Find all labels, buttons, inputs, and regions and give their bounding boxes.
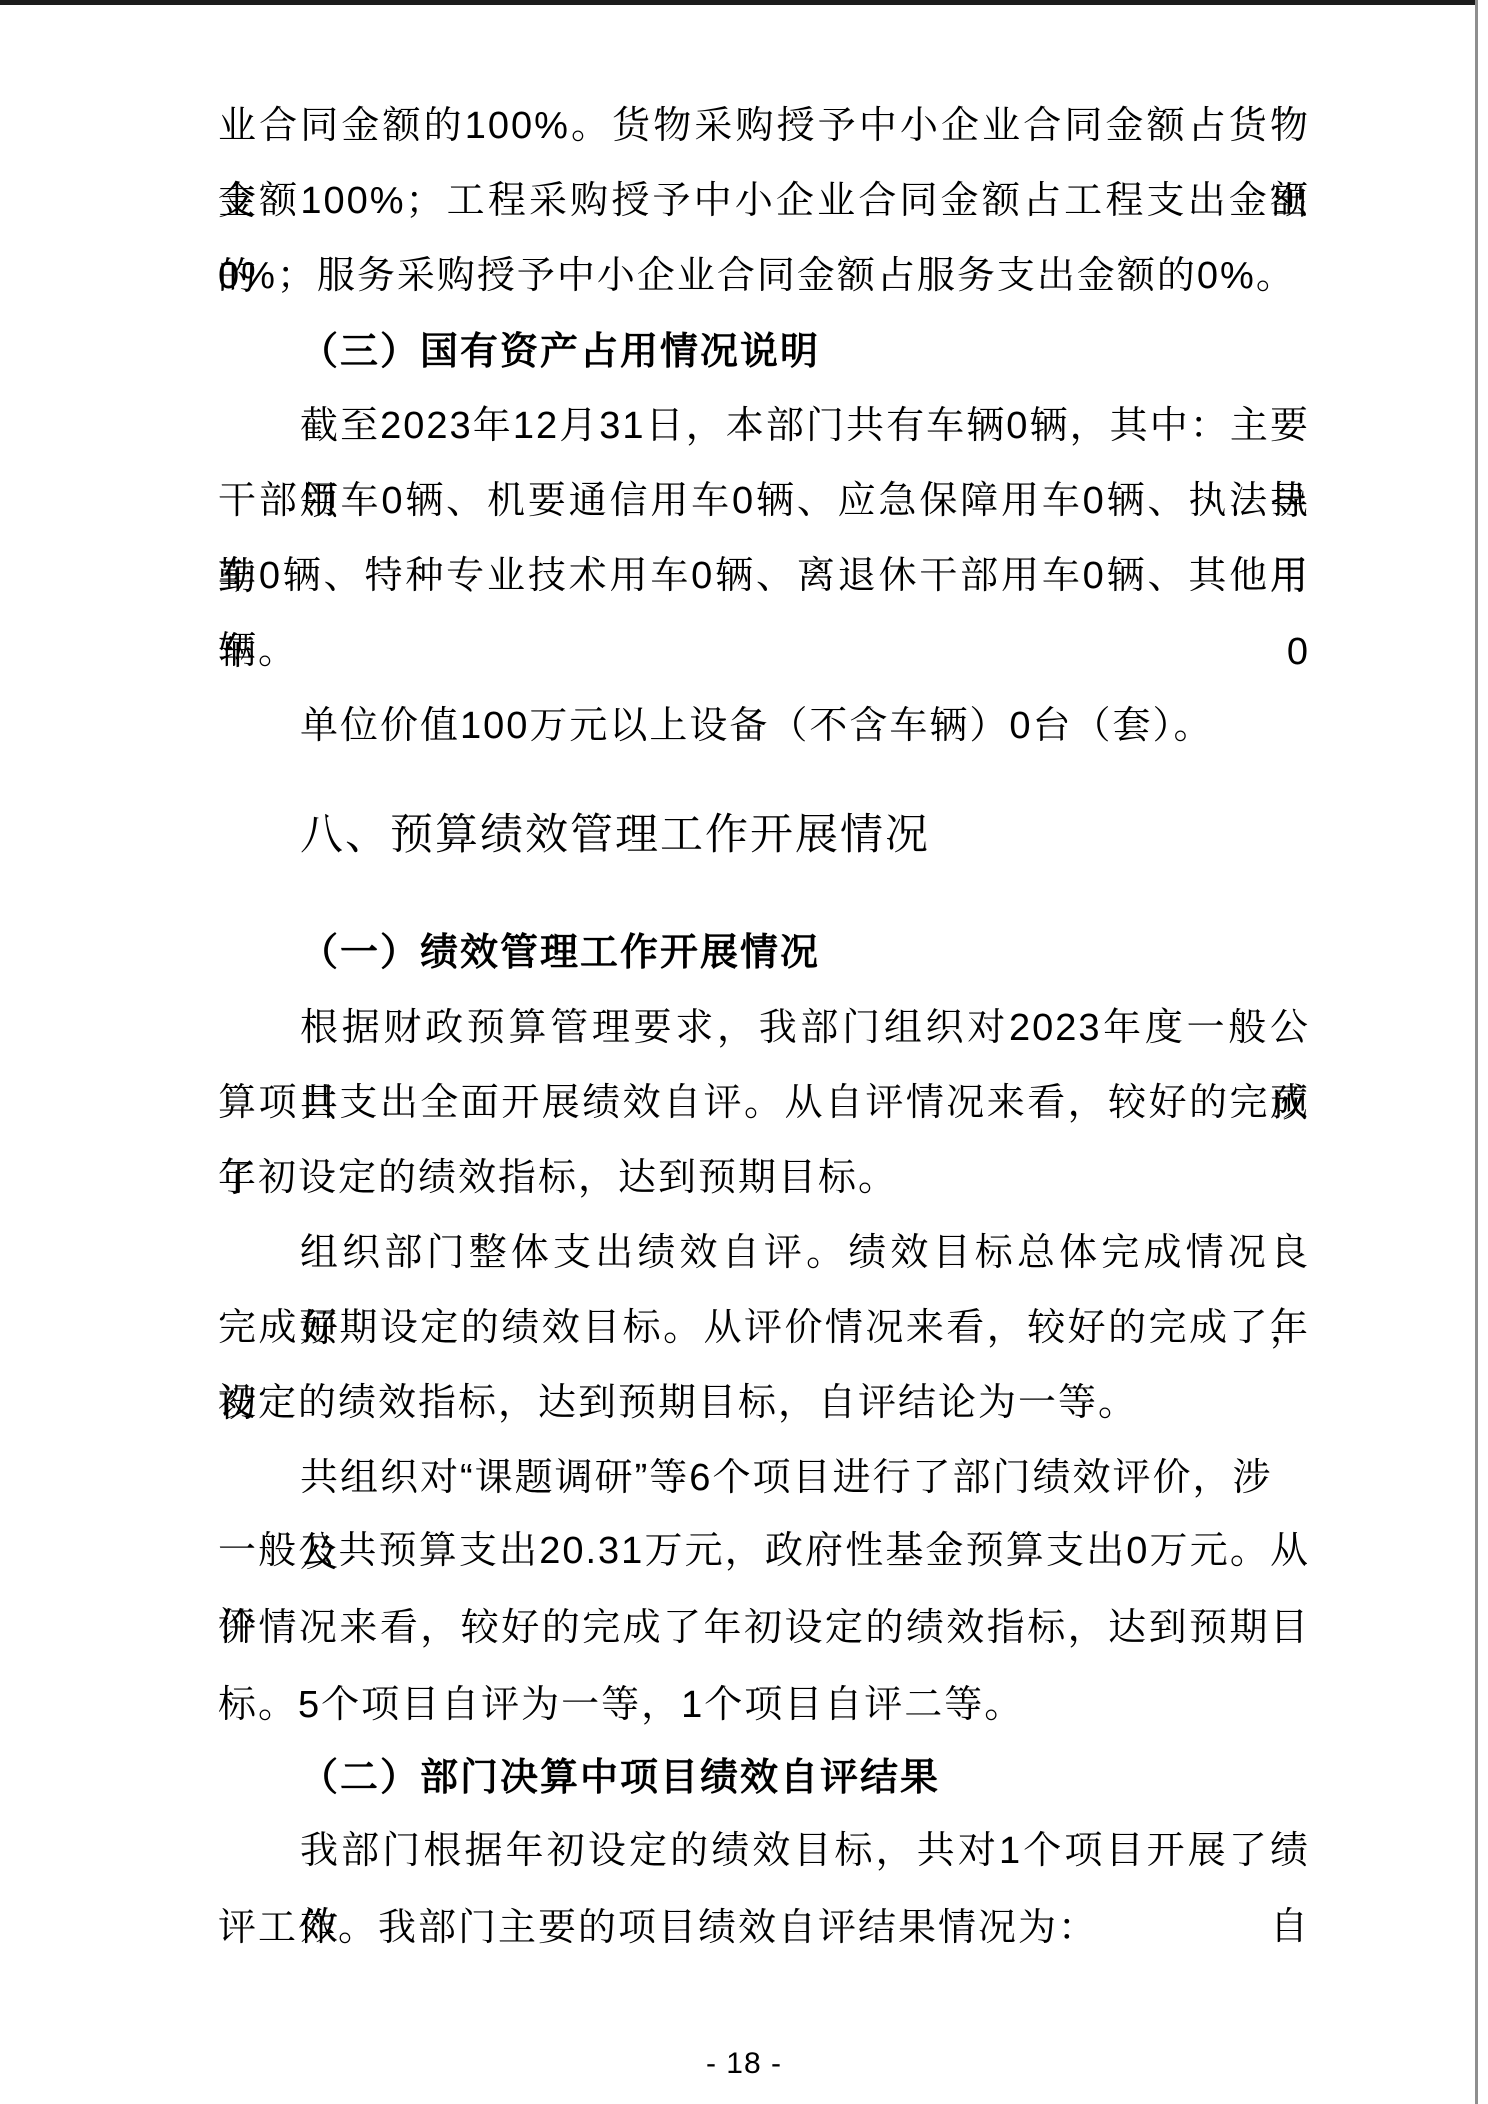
- section-heading: 八、预算绩效管理工作开展情况: [218, 794, 1310, 876]
- text-line: 金额100%；工程采购授予中小企业合同金额占工程支出金额的: [218, 163, 1310, 239]
- subsection-heading: （一）绩效管理工作开展情况: [218, 915, 1310, 991]
- right-border-line: [1475, 0, 1478, 2104]
- top-border-bar: [0, 0, 1477, 5]
- subsection-heading: （三）国有资产占用情况说明: [218, 314, 1310, 390]
- text-line: 年初设定的绩效指标，达到预期目标。: [218, 1140, 1310, 1216]
- text-line: 标。5个项目自评为一等，1个项目自评二等。: [218, 1667, 1310, 1743]
- text-line: 辆。: [218, 613, 1310, 689]
- text-line: 一般公共预算支出20.31万元，政府性基金预算支出0万元。从评: [218, 1513, 1310, 1589]
- text-line: 价情况来看，较好的完成了年初设定的绩效指标，达到预期目: [218, 1590, 1310, 1666]
- text-line: 算项目支出全面开展绩效自评。从自评情况来看，较好的完成了: [218, 1065, 1310, 1141]
- text-line: 干部用车0辆、机要通信用车0辆、应急保障用车0辆、执法执勤用: [218, 463, 1310, 539]
- page-number: - 18 -: [0, 2042, 1488, 2086]
- text-line: 0%；服务采购授予中小企业合同金额占服务支出金额的0%。: [218, 238, 1310, 314]
- document-page: 业合同金额的100%。货物采购授予中小企业合同金额占货物支出 金额100%；工程…: [0, 0, 1488, 2104]
- text-line: 共组织对“课题调研”等6个项目进行了部门绩效评价，涉及: [218, 1440, 1310, 1516]
- text-line: 组织部门整体支出绩效自评。绩效目标总体完成情况良好，: [218, 1215, 1310, 1291]
- subsection-heading: （二）部门决算中项目绩效自评结果: [218, 1740, 1310, 1816]
- text-line: 我部门根据年初设定的绩效目标，共对1个项目开展了绩效自: [218, 1813, 1310, 1889]
- text-line: 完成预期设定的绩效目标。从评价情况来看，较好的完成了年初: [218, 1290, 1310, 1366]
- text-line: 截至2023年12月31日，本部门共有车辆0辆，其中：主要领导: [218, 388, 1310, 464]
- text-line: 单位价值100万元以上设备（不含车辆）0台（套）。: [218, 688, 1310, 764]
- text-line: 设定的绩效指标，达到预期目标，自评结论为一等。: [218, 1365, 1310, 1441]
- text-line: 车0辆、特种专业技术用车0辆、离退休干部用车0辆、其他用车0: [218, 538, 1310, 614]
- text-line: 根据财政预算管理要求，我部门组织对2023年度一般公共预: [218, 990, 1310, 1066]
- text-line: 业合同金额的100%。货物采购授予中小企业合同金额占货物支出: [218, 88, 1310, 164]
- text-line: 评工作。我部门主要的项目绩效自评结果情况为：: [218, 1890, 1310, 1966]
